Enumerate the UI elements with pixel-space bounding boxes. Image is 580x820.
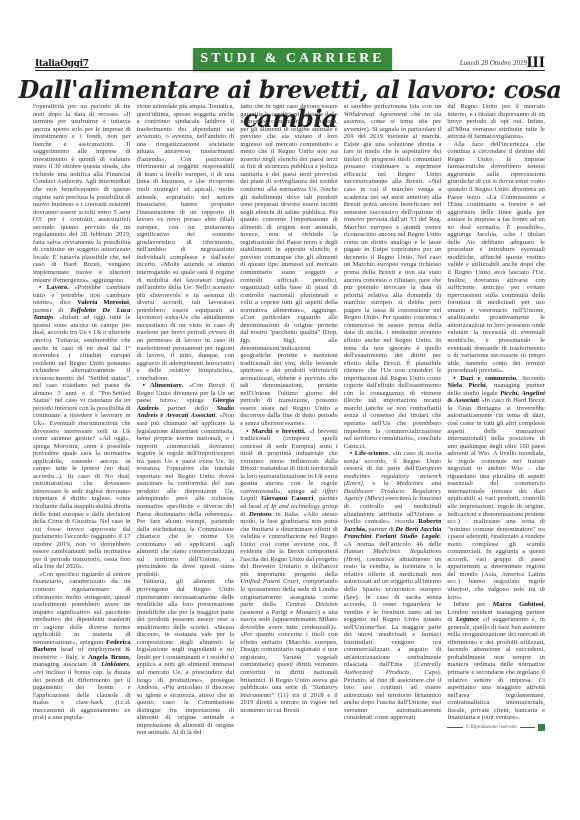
page-header: ItaliaOggi7 STUDI & CARRIERE Lunedì 28 O… bbox=[35, 48, 545, 74]
paragraph-alimentare: • Alimentare. «Con Brexit il Regno Unito… bbox=[137, 382, 235, 578]
paragraph: dal Regno Unito per il mercato interno, … bbox=[447, 103, 545, 141]
header-rule bbox=[35, 70, 545, 71]
paragraph-lavoro: • Lavoro. «Potrebbe cambiare tutto e pot… bbox=[33, 284, 131, 571]
paragraph-life-science: • Life-science. «In caso di uscita senza… bbox=[344, 450, 442, 722]
copyright-text: © Riproduzione riservata bbox=[466, 724, 517, 732]
column-5: dal Regno Unito per il mercato interno, … bbox=[447, 103, 545, 808]
paragraph: si sarebbe perfezionata (sia con un With… bbox=[344, 103, 442, 450]
person-name: Angela Bruno, bbox=[88, 654, 131, 661]
end-of-article-icon bbox=[538, 724, 545, 731]
section-banner: STUDI & CARRIERE bbox=[193, 48, 392, 70]
paragraph: «Con specifico riguardo al settore finan… bbox=[33, 571, 131, 722]
reproduction-notice: © Riproduzione riservata bbox=[447, 724, 545, 732]
article-body: l'operatività per un periodo di tre anni… bbox=[33, 103, 545, 808]
firm-name: Linklaters bbox=[101, 661, 129, 668]
firm-name: Legance bbox=[456, 616, 479, 623]
column-3: fatto che in ogni caso devono essere gar… bbox=[240, 103, 338, 808]
column-2: zione aziendale più ampia. Tematica, que… bbox=[137, 103, 235, 808]
masthead: ItaliaOggi7 bbox=[35, 59, 89, 69]
person-name: Valeria Morosini bbox=[77, 299, 129, 306]
paragraph: zione aziendale più ampia. Tematica, que… bbox=[137, 103, 235, 382]
subsection-label: • Dazi e commercio. bbox=[453, 375, 517, 382]
column-1: l'operatività per un periodo di tre anni… bbox=[33, 103, 131, 808]
person-name: Marco Gubitosi bbox=[493, 601, 543, 608]
paragraph: Tuttavia, gli alimenti che provengono da… bbox=[137, 578, 235, 736]
paragraph: fatto che in ogni caso devono essere gar… bbox=[240, 103, 338, 428]
dateline: Lunedì 28 Ottobre 2019 bbox=[460, 59, 527, 67]
subsection-label: • Alimentare. bbox=[143, 382, 184, 389]
paragraph: l'operatività per un periodo di tre anni… bbox=[33, 103, 131, 284]
paragraph: Infine per Marco Gubitosi, London reside… bbox=[447, 601, 545, 722]
paragraph-marchi-brevetti: • Marchi e brevetti. «I brevetti tradizi… bbox=[240, 428, 338, 715]
subsection-label: • Marchi e brevetti. bbox=[246, 428, 305, 435]
firm-name: Dentons bbox=[249, 511, 272, 518]
page-number: III bbox=[526, 54, 545, 72]
column-4: si sarebbe perfezionata (sia con un With… bbox=[344, 103, 442, 808]
paragraph-dazi-commercio: • Dazi e commercio. Secondo Niela Picchi… bbox=[447, 375, 545, 601]
subsection-label: • Life-science. bbox=[350, 450, 390, 457]
subsection-label: • Lavoro. bbox=[39, 284, 69, 291]
divider bbox=[447, 727, 462, 728]
paragraph: Alla luce dell'incertezza che continua a… bbox=[447, 141, 545, 375]
person-name: Niela Picchi bbox=[447, 382, 485, 389]
person-name: Giovanni Casucci bbox=[261, 495, 313, 502]
divider bbox=[520, 727, 535, 728]
